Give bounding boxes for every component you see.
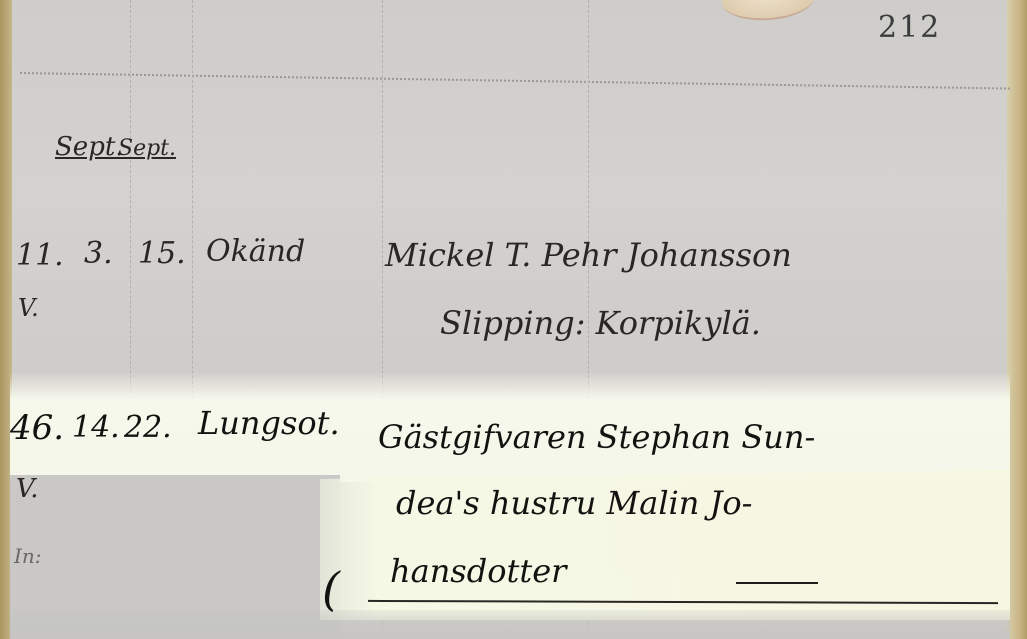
entry-text-line: Gästgifvaren Stephan Sun-: [378, 418, 815, 456]
entry-mark: V.: [18, 294, 39, 322]
entry-text-line: Slipping: Korpikylä.: [440, 304, 761, 342]
closing-flourish: (: [322, 562, 340, 616]
entry-number: 11.: [16, 238, 64, 273]
entry-text-line: dea's hustru Malin Jo-: [396, 484, 752, 522]
entry-text-line: hansdotter: [390, 552, 566, 590]
entry-mark: V.: [16, 474, 39, 504]
page-number: 212: [878, 10, 941, 45]
line-filler-dash: [736, 582, 818, 584]
page-binding-edge: [1007, 0, 1027, 639]
burial-day: 22.: [124, 410, 172, 445]
entry-text-line: Mickel T. Pehr Johansson: [385, 236, 792, 274]
column-header-month: Sept.: [55, 132, 124, 162]
burial-day: 15.: [138, 236, 186, 271]
death-day: 3.: [84, 236, 113, 271]
column-header-month-2: Sept.: [118, 136, 176, 161]
death-day: 14.: [72, 410, 120, 445]
bottom-shadow: [10, 610, 1010, 639]
cause-of-death: Lungsot.: [198, 404, 340, 442]
cause-of-death: Okänd: [206, 234, 305, 269]
entry-number: 46.: [10, 408, 64, 448]
entry-mark-secondary: In:: [14, 544, 42, 568]
